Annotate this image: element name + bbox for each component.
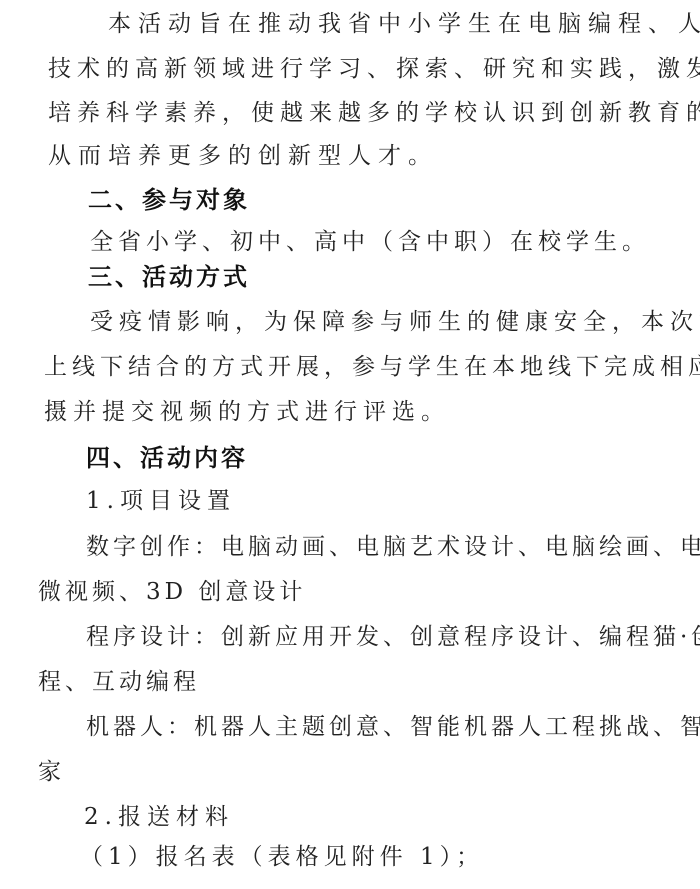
document-page: 本活动旨在推动我省中小学生在电脑编程、人工智能等信息 技术的高新领域进行学习、探… bbox=[0, 0, 700, 889]
method-line-3: 摄并提交视频的方式进行评选。 bbox=[44, 401, 450, 424]
participants-line-1: 全省小学、初中、高中（含中职）在校学生。 bbox=[90, 231, 650, 254]
programming-line-2: 程、互动编程 bbox=[38, 671, 200, 694]
section-heading-participants: 二、参与对象 bbox=[88, 188, 250, 212]
purpose-line-2: 技术的高新领域进行学习、探索、研究和实践，激发科学兴趣， bbox=[48, 58, 688, 81]
robotics-line-1: 机器人：机器人主题创意、智能机器人工程挑战、智能园艺 bbox=[86, 716, 686, 739]
content-item2-title: 2.报送材料 bbox=[84, 806, 234, 829]
purpose-line-3: 培养科学素养，使越来越多的学校认识到创新教育的重要意义， bbox=[48, 102, 688, 125]
method-line-2: 上线下结合的方式开展，参与学生在本地线下完成相应任务，拍 bbox=[44, 356, 688, 379]
content-item1-title: 1.项目设置 bbox=[86, 490, 236, 513]
robotics-line-2: 家 bbox=[38, 761, 68, 784]
method-line-1: 受疫情影响，为保障参与师生的健康安全，本次活动采取线 bbox=[90, 311, 688, 334]
digital-creation-line-1: 数字创作：电脑动画、电脑艺术设计、电脑绘画、电子板报、 bbox=[86, 536, 686, 559]
programming-line-1: 程序设计：创新应用开发、创意程序设计、编程猫·创意编 bbox=[86, 626, 686, 649]
section-heading-content: 四、活动内容 bbox=[86, 446, 248, 470]
content-item2-sub1: （1）报名表（表格见附件 1）； bbox=[80, 846, 484, 869]
purpose-line-1: 本活动旨在推动我省中小学生在电脑编程、人工智能等信息 bbox=[108, 13, 688, 36]
section-heading-method: 三、活动方式 bbox=[88, 265, 250, 289]
digital-creation-line-2: 微视频、3D 创意设计 bbox=[38, 581, 306, 604]
purpose-line-4: 从而培养更多的创新型人才。 bbox=[48, 145, 438, 168]
